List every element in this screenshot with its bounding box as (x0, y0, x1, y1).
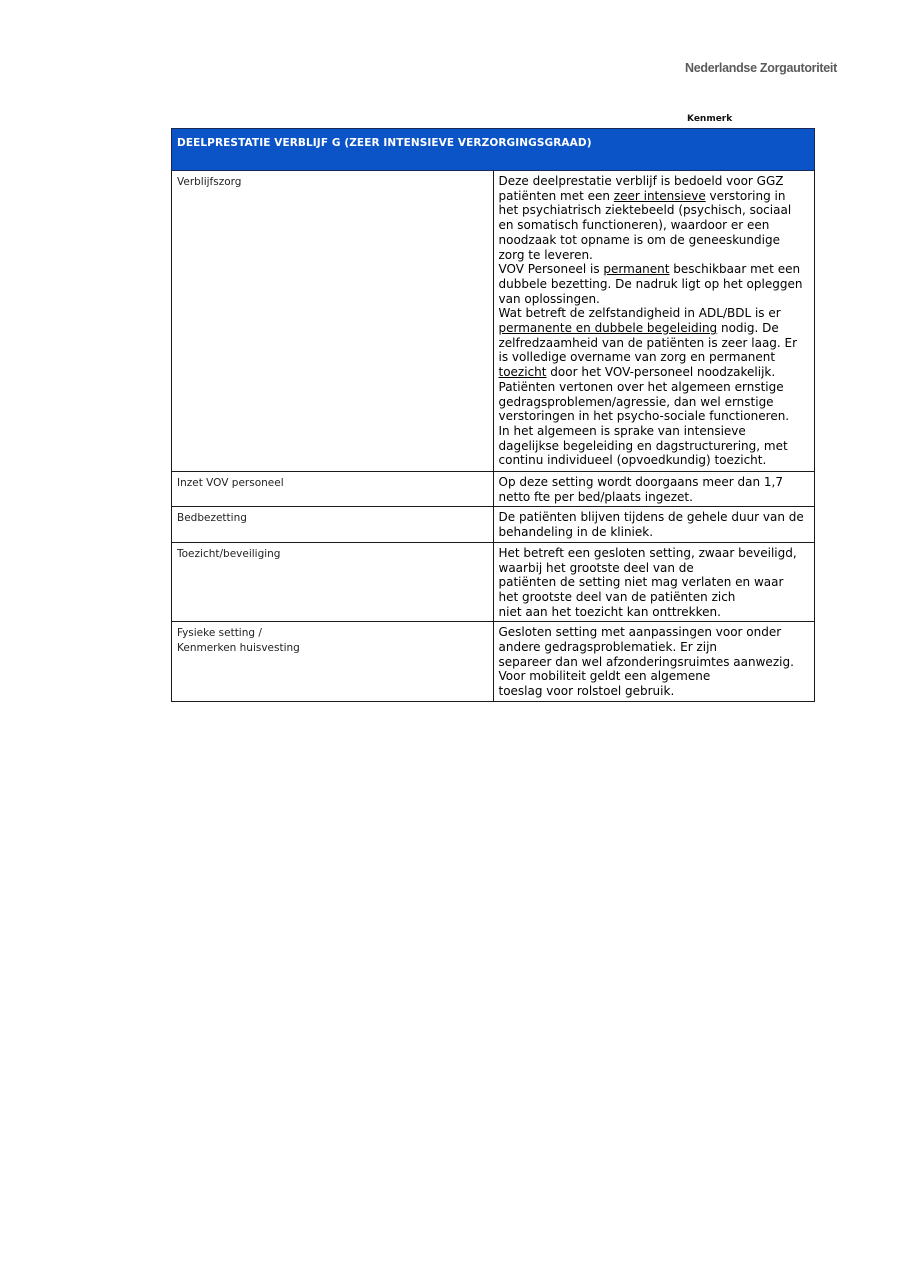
text-line: Voor mobiliteit geldt een algemene (499, 669, 811, 684)
text-line: gedragsproblemen/agressie, dan wel ernst… (499, 395, 811, 410)
text-line: netto fte per bed/plaats ingezet. (499, 490, 811, 505)
emphasis-underline: toezicht (499, 365, 547, 379)
emphasis-underline: permanent (603, 262, 669, 276)
text-line: waarbij het grootste deel van de (499, 561, 811, 576)
text-line: continu individueel (opvoedkundig) toezi… (499, 453, 811, 468)
text-line: zelfredzaamheid van de patiënten is zeer… (499, 336, 811, 351)
text-line: De patiënten blijven tijdens de gehele d… (499, 510, 811, 525)
text-line: Het betreft een gesloten setting, zwaar … (499, 546, 811, 561)
row-label: Toezicht/beveiliging (172, 542, 494, 622)
text-line: Patiënten vertonen over het algemeen ern… (499, 380, 811, 395)
text-line: patiënten de setting niet mag verlaten e… (499, 575, 811, 590)
row-value: Het betreft een gesloten setting, zwaar … (493, 542, 815, 622)
table-header-row: DEELPRESTATIE VERBLIJF G (ZEER INTENSIEV… (172, 129, 815, 171)
table-row: Fysieke setting /Kenmerken huisvesting G… (172, 622, 815, 702)
organization-name: Nederlandse Zorgautoriteit (685, 61, 837, 75)
text-line: In het algemeen is sprake van intensieve (499, 424, 811, 439)
text-line: toezicht door het VOV-personeel noodzake… (499, 365, 811, 380)
emphasis-underline: zeer intensieve (614, 189, 706, 203)
text-line: niet aan het toezicht kan onttrekken. (499, 605, 811, 620)
text-line: is volledige overname van zorg en perman… (499, 350, 811, 365)
text-line: toeslag voor rolstoel gebruik. (499, 684, 811, 699)
row-value: Gesloten setting met aanpassingen voor o… (493, 622, 815, 702)
text-line: verstoringen in het psycho-sociale funct… (499, 409, 811, 424)
text-line: noodzaak tot opname is om de geneeskundi… (499, 233, 811, 248)
text-line: VOV Personeel is permanent beschikbaar m… (499, 262, 811, 277)
text-line: Kenmerken huisvesting (177, 641, 488, 656)
table-title: DEELPRESTATIE VERBLIJF G (ZEER INTENSIEV… (172, 129, 815, 171)
kenmerk-label: Kenmerk (687, 114, 732, 124)
text-line: het grootste deel van de patiënten zich (499, 590, 811, 605)
text-line: dagelijkse begeleiding en dagstructureri… (499, 439, 811, 454)
text-line: separeer dan wel afzonderingsruimtes aan… (499, 655, 811, 670)
table-row: Verblijfszorg Deze deelprestatie verblij… (172, 171, 815, 472)
text-line: dubbele bezetting. De nadruk ligt op het… (499, 277, 811, 292)
text-line: Deze deelprestatie verblijf is bedoeld v… (499, 174, 811, 189)
row-label: Verblijfszorg (172, 171, 494, 472)
text-line: van oplossingen. (499, 292, 811, 307)
text-line: Wat betreft de zelfstandigheid in ADL/BD… (499, 306, 811, 321)
text-line: zorg te leveren. (499, 248, 811, 263)
emphasis-underline: permanente en dubbele begeleiding (499, 321, 718, 335)
row-value: De patiënten blijven tijdens de gehele d… (493, 507, 815, 542)
table-row: Bedbezetting De patiënten blijven tijden… (172, 507, 815, 542)
text-line: behandeling in de kliniek. (499, 525, 811, 540)
row-label: Fysieke setting /Kenmerken huisvesting (172, 622, 494, 702)
row-label: Inzet VOV personeel (172, 472, 494, 507)
text-line: Fysieke setting / (177, 626, 488, 641)
text-line: patiënten met een zeer intensieve versto… (499, 189, 811, 204)
deelprestatie-table: DEELPRESTATIE VERBLIJF G (ZEER INTENSIEV… (171, 128, 815, 702)
table-row: Toezicht/beveiliging Het betreft een ges… (172, 542, 815, 622)
row-label: Bedbezetting (172, 507, 494, 542)
text-line: Gesloten setting met aanpassingen voor o… (499, 625, 811, 640)
text-line: permanente en dubbele begeleiding nodig.… (499, 321, 811, 336)
row-value: Deze deelprestatie verblijf is bedoeld v… (493, 171, 815, 472)
row-value: Op deze setting wordt doorgaans meer dan… (493, 472, 815, 507)
text-line: het psychiatrisch ziektebeeld (psychisch… (499, 203, 811, 218)
text-line: andere gedragsproblematiek. Er zijn (499, 640, 811, 655)
text-line: Op deze setting wordt doorgaans meer dan… (499, 475, 811, 490)
text-line: en somatisch functioneren), waardoor er … (499, 218, 811, 233)
table-row: Inzet VOV personeel Op deze setting word… (172, 472, 815, 507)
